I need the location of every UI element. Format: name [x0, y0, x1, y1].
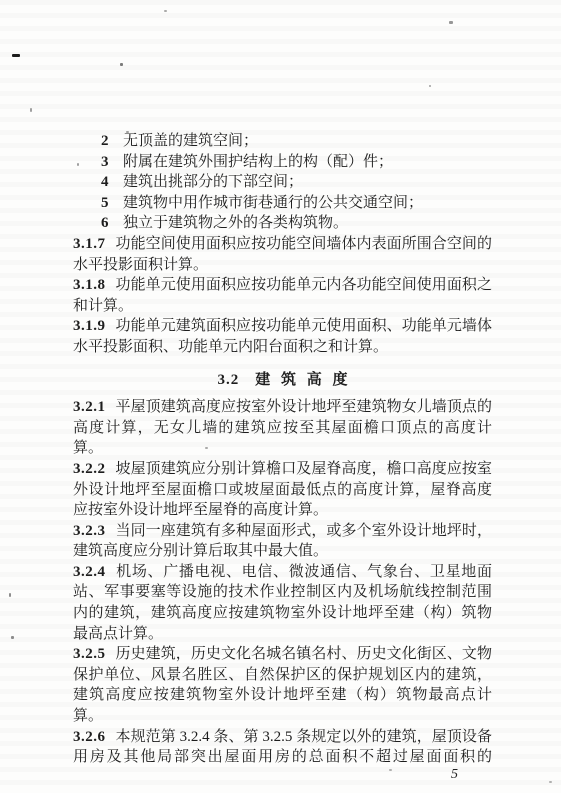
scan-speck: [164, 10, 167, 12]
list-item-text: 建筑出挑部分的下部空间；: [123, 174, 303, 190]
clause-text: 坡屋顶建筑应分别计算檐口及屋脊高度，檐口高度应按室外设计地坪至屋面檐口或坡屋面最…: [73, 461, 492, 518]
scan-speck: [11, 636, 14, 639]
clause-text: 功能单元建筑面积应按功能单元使用面积、功能单元墙体水平投影面积、功能单元内阳台面…: [73, 318, 492, 355]
scan-speck: [389, 769, 392, 771]
clause-text: 本规范第 3.2.4 条、第 3.2.5 条规定以外的建筑，屋顶设备用房及其他局…: [73, 729, 492, 766]
clause-number: 3.2.5: [73, 646, 106, 662]
scan-speck: [429, 85, 431, 87]
clause-text: 当同一座建筑有多种屋面形式，或多个室外设计地坪时，建筑高度应分别计算后取其中最大…: [73, 523, 492, 560]
document-page: 2无顶盖的建筑空间； 3附属在建筑外围护结构上的构（配）件； 4建筑出挑部分的下…: [0, 0, 561, 793]
scan-speck: [30, 108, 32, 112]
clause-paragraph: 3.1.8功能单元使用面积应按功能单元内各功能空间使用面积之和计算。: [73, 275, 492, 316]
clause-text: 平屋顶建筑高度应按室外设计地坪至建筑物女儿墙顶点的高度计算，无女儿墙的建筑应按至…: [73, 399, 492, 456]
scan-speck: [549, 781, 552, 783]
section-heading-title: 建 筑 高 度: [255, 372, 347, 388]
page-number: 5: [451, 767, 458, 783]
scan-speck: [449, 21, 453, 24]
text-block: 2无顶盖的建筑空间； 3附属在建筑外围护结构上的构（配）件； 4建筑出挑部分的下…: [73, 131, 492, 768]
list-item-number: 2: [101, 131, 110, 152]
scan-speck: [12, 54, 20, 57]
clause-number: 3.1.7: [73, 236, 106, 252]
clause-text: 历史建筑，历史文化名城名镇名村、历史文化街区、文物保护单位、风景名胜区、自然保护…: [73, 646, 492, 724]
scan-speck: [9, 593, 11, 597]
section-heading-number: 3.2: [217, 372, 239, 388]
list-item-text: 建筑物中用作城市街巷通行的公共交通空间；: [123, 195, 423, 211]
clause-number: 3.2.3: [73, 523, 106, 539]
list-item: 6独立于建筑物之外的各类构筑物。: [73, 213, 492, 234]
clause-number: 3.2.1: [73, 399, 106, 415]
clause-number: 3.1.8: [73, 277, 106, 293]
section-heading: 3.2建 筑 高 度: [73, 370, 492, 391]
list-item-number: 3: [101, 152, 110, 173]
clause-text: 功能空间使用面积应按功能空间墙体内表面所围合空间的水平投影面积计算。: [73, 236, 492, 273]
clause-paragraph-cutoff: 3.2.6本规范第 3.2.4 条、第 3.2.5 条规定以外的建筑，屋顶设备用…: [73, 727, 492, 768]
clause-paragraph: 3.2.1平屋顶建筑高度应按室外设计地坪至建筑物女儿墙顶点的高度计算，无女儿墙的…: [73, 397, 492, 459]
clause-text: 机场、广播电视、电信、微波通信、气象台、卫星地面站、军事要塞等设施的技术作业控制…: [73, 564, 492, 642]
list-item-text: 独立于建筑物之外的各类构筑物。: [123, 215, 348, 231]
list-item: 4建筑出挑部分的下部空间；: [73, 172, 492, 193]
list-item-text: 无顶盖的建筑空间；: [123, 133, 258, 149]
list-item-number: 6: [101, 213, 110, 234]
clause-paragraph: 3.2.5历史建筑，历史文化名城名镇名村、历史文化街区、文物保护单位、风景名胜区…: [73, 644, 492, 726]
clause-text: 功能单元使用面积应按功能单元内各功能空间使用面积之和计算。: [73, 277, 492, 314]
scan-speck: [120, 63, 123, 66]
list-item: 3附属在建筑外围护结构上的构（配）件；: [73, 152, 492, 173]
clause-paragraph: 3.1.7功能空间使用面积应按功能空间墙体内表面所围合空间的水平投影面积计算。: [73, 234, 492, 275]
list-item-number: 5: [101, 193, 110, 214]
clause-number: 3.2.6: [73, 729, 106, 745]
clause-number: 3.1.9: [73, 318, 106, 334]
clause-number: 3.2.2: [73, 461, 106, 477]
clause-number: 3.2.4: [73, 564, 106, 580]
list-item-text: 附属在建筑外围护结构上的构（配）件；: [123, 154, 393, 170]
clause-paragraph: 3.2.4机场、广播电视、电信、微波通信、气象台、卫星地面站、军事要塞等设施的技…: [73, 562, 492, 644]
list-item: 5建筑物中用作城市街巷通行的公共交通空间；: [73, 193, 492, 214]
list-item-number: 4: [101, 172, 110, 193]
clause-paragraph: 3.2.2坡屋顶建筑应分别计算檐口及屋脊高度，檐口高度应按室外设计地坪至屋面檐口…: [73, 459, 492, 521]
clause-paragraph: 3.1.9功能单元建筑面积应按功能单元使用面积、功能单元墙体水平投影面积、功能单…: [73, 316, 492, 357]
clause-paragraph: 3.2.3当同一座建筑有多种屋面形式，或多个室外设计地坪时，建筑高度应分别计算后…: [73, 521, 492, 562]
list-item: 2无顶盖的建筑空间；: [73, 131, 492, 152]
